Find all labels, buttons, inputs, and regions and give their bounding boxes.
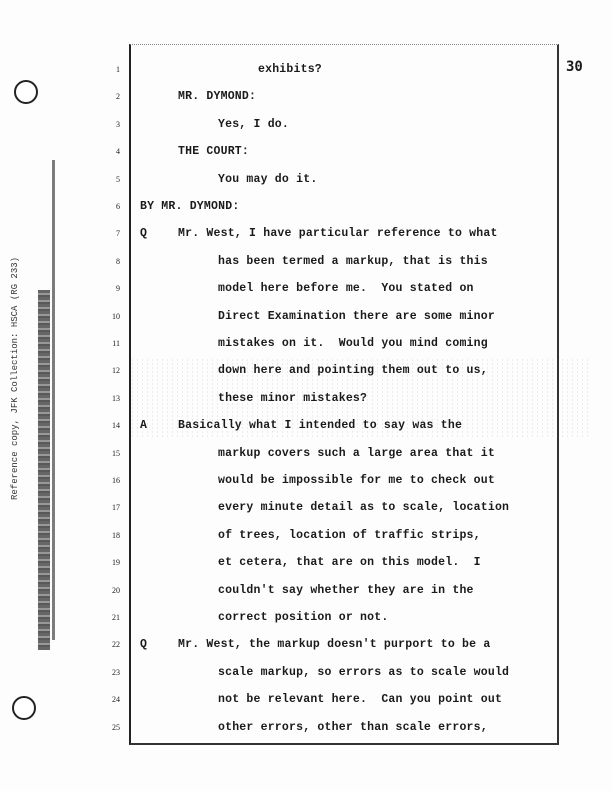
transcript-line: BY MR. DYMOND: bbox=[140, 200, 239, 213]
transcript-line: would be impossible for me to check out bbox=[218, 474, 495, 487]
line-number: 22 bbox=[100, 640, 120, 649]
margin-binding-line bbox=[52, 160, 55, 640]
transcript-line: Mr. West, I have particular reference to… bbox=[178, 227, 498, 240]
line-number: 20 bbox=[100, 586, 120, 595]
transcript-line: other errors, other than scale errors, bbox=[218, 721, 488, 734]
line-number: 8 bbox=[100, 257, 120, 266]
speaker-marker: A bbox=[140, 419, 147, 432]
line-number: 5 bbox=[100, 175, 120, 184]
punch-hole-bottom bbox=[12, 696, 36, 720]
line-number: 15 bbox=[100, 449, 120, 458]
transcript-line: mistakes on it. Would you mind coming bbox=[218, 337, 488, 350]
line-number: 9 bbox=[100, 284, 120, 293]
line-number: 16 bbox=[100, 476, 120, 485]
line-number: 6 bbox=[100, 202, 120, 211]
transcript-line: correct position or not. bbox=[218, 611, 388, 624]
line-number: 24 bbox=[100, 695, 120, 704]
transcript-line: THE COURT: bbox=[178, 145, 249, 158]
transcript-line: et cetera, that are on this model. I bbox=[218, 556, 481, 569]
transcript-line: model here before me. You stated on bbox=[218, 282, 474, 295]
transcript-line: MR. DYMOND: bbox=[178, 90, 256, 103]
line-number: 19 bbox=[100, 558, 120, 567]
speaker-marker: Q bbox=[140, 638, 147, 651]
archive-stamp: Reference copy, JFK Collection: HSCA (RG… bbox=[10, 257, 20, 500]
line-number: 14 bbox=[100, 421, 120, 430]
transcript-line: not be relevant here. Can you point out bbox=[218, 693, 502, 706]
transcript-line: You may do it. bbox=[218, 173, 317, 186]
line-number: 7 bbox=[100, 229, 120, 238]
line-number: 18 bbox=[100, 531, 120, 540]
transcript-line: markup covers such a large area that it bbox=[218, 447, 495, 460]
transcript-line: Direct Examination there are some minor bbox=[218, 310, 495, 323]
transcript-line: couldn't say whether they are in the bbox=[218, 584, 474, 597]
line-number: 17 bbox=[100, 503, 120, 512]
line-number: 11 bbox=[100, 339, 120, 348]
line-number: 1 bbox=[100, 65, 120, 74]
line-number: 12 bbox=[100, 366, 120, 375]
line-number: 21 bbox=[100, 613, 120, 622]
transcript-line: Mr. West, the markup doesn't purport to … bbox=[178, 638, 490, 651]
line-number: 4 bbox=[100, 147, 120, 156]
transcript-line: Yes, I do. bbox=[218, 118, 289, 131]
line-number: 3 bbox=[100, 120, 120, 129]
margin-scan-artifact bbox=[38, 290, 50, 650]
transcript-line: of trees, location of traffic strips, bbox=[218, 529, 481, 542]
transcript-line: these minor mistakes? bbox=[218, 392, 367, 405]
transcript-line: every minute detail as to scale, locatio… bbox=[218, 501, 509, 514]
speaker-marker: Q bbox=[140, 227, 147, 240]
line-number: 10 bbox=[100, 312, 120, 321]
transcript-line: down here and pointing them out to us, bbox=[218, 364, 488, 377]
transcript-line: scale markup, so errors as to scale woul… bbox=[218, 666, 509, 679]
transcript-page: Reference copy, JFK Collection: HSCA (RG… bbox=[0, 0, 612, 791]
line-number: 23 bbox=[100, 668, 120, 677]
line-number: 25 bbox=[100, 723, 120, 732]
transcript-line: has been termed a markup, that is this bbox=[218, 255, 488, 268]
line-number: 2 bbox=[100, 92, 120, 101]
line-number: 13 bbox=[100, 394, 120, 403]
transcript-line: Basically what I intended to say was the bbox=[178, 419, 462, 432]
page-number: 30 bbox=[566, 59, 583, 75]
punch-hole-top bbox=[14, 80, 38, 104]
transcript-line: exhibits? bbox=[258, 63, 322, 76]
